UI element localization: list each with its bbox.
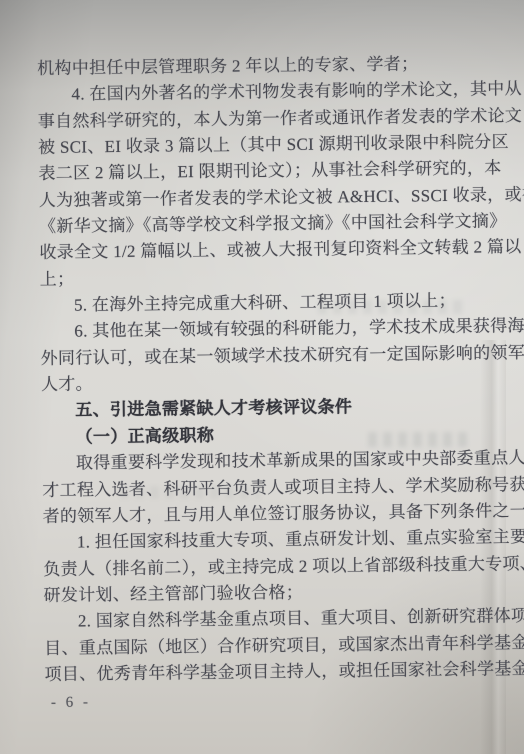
document-photo: 机构中担任中层管理职务 2 年以上的专家、学者； 4. 在国内外著名的学术刊物发… <box>0 0 524 754</box>
document-line: 负责人（排名前二），或主持完成 2 项以上省部级科技重大专项、 <box>43 551 499 583</box>
document-page-content: 机构中担任中层管理职务 2 年以上的专家、学者； 4. 在国内外著名的学术刊物发… <box>37 50 501 712</box>
page-number: - 6 - <box>45 690 501 713</box>
document-line: 项目、优秀青年科学基金项目主持人，或担任国家社会科学基金 <box>44 656 500 688</box>
document-line: 收录全文 1/2 篇幅以上、或被人大报刊复印资料全文转载 2 篇以 <box>39 235 495 267</box>
